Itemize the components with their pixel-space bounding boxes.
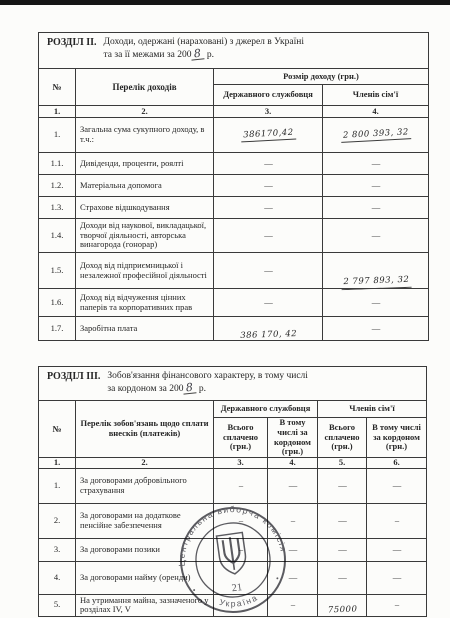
table-row: 1.4. Доходи від наукової, викладацької, … [39,219,429,253]
cell-value: — [268,561,318,594]
section2-label: РОЗДІЛ ІІ. [47,36,97,49]
cell-label: Дивіденди, проценти, роялті [76,153,214,175]
cell-label: Матеріальна допомога [76,175,214,197]
header-servant: Державного службовця [214,85,323,106]
cell-family-value: 2 797 893, 32 [322,251,429,291]
header-abroad: В тому числі за кордоном (грн.) [268,418,318,458]
obligations-table-section3: РОЗДІЛ ІІІ. Зобов'язання фінансового хар… [38,366,427,617]
colnum: 4. [268,458,318,469]
section3-title-line2: за кордоном за 200 [107,384,183,394]
section2-title-text: Доходи, одержані (нараховані) з джерел в… [104,36,304,62]
cell-value: – [367,503,427,538]
header-income-size: Розмір доходу (грн.) [214,69,429,85]
cell-label: Доход від підприємницької і незалежної п… [76,253,214,289]
cell-value: — [268,538,318,561]
cell-servant-value: — [214,219,323,253]
header-obligations-list: Перелік зобов'язань щодо сплати внесків … [76,401,214,458]
cell-label: За договорами добровільного страхування [76,468,214,503]
table-row: 5. На утримання майна, зазначеного у роз… [39,594,427,616]
header-servant: Державного службовця [214,401,318,418]
colnum: 6. [367,458,427,469]
cell-no: 5. [39,594,76,616]
scan-top-edge-bar [0,0,450,5]
cell-no: 1.4. [39,219,76,253]
cell-servant-value: — [214,253,323,289]
cell-label: За договорами на додаткове пенсійне забе… [76,503,214,538]
table-row: 2. За договорами на додаткове пенсійне з… [39,503,427,538]
cell-label: Доход від відчуження цінних паперів та к… [76,289,214,317]
cell-value: — [318,468,367,503]
cell-label: Загальна сума сукупного доходу, в т.ч.: [76,118,214,153]
header-no: № [39,69,76,106]
cell-family-value: — [323,175,429,197]
cell-label: На утримання майна, зазначеного у розділ… [76,594,214,616]
header-no: № [39,401,76,458]
cell-no: 1.5. [39,253,76,289]
cell-value: — [318,538,367,561]
table-row: 1. Загальна сума сукупного доходу, в т.ч… [39,118,429,153]
cell-no: 1.6. [39,289,76,317]
section2-title-line2: та за її межами за 200 [104,50,192,60]
cell-servant-value: — [214,153,323,175]
colnum: 2. [76,458,214,469]
section2-year-suffix: р. [207,50,214,60]
cell-servant-value: — [214,175,323,197]
cell-value: — [268,468,318,503]
table-row: 1.3. Страхове відшкодування — — [39,197,429,219]
cell-no: 1. [39,468,76,503]
cell-family-value: 2 800 393, 32 [322,115,430,155]
table-row: 1.5. Доход від підприємницької і незалеж… [39,253,429,289]
cell-no: 4. [39,561,76,594]
header-income-list: Перелік доходів [76,69,214,106]
cell-no: 1.3. [39,197,76,219]
cell-value [214,594,268,616]
section3-title-cell: РОЗДІЛ ІІІ. Зобов'язання фінансового хар… [39,367,427,401]
cell-family-value: — [323,317,429,341]
colnum: 1. [39,106,76,118]
cell-servant-value: — [214,289,323,317]
cell-family-value: — [323,197,429,219]
handwritten-year: 8 [183,383,197,394]
cell-value: – [268,594,318,616]
cell-no: 1.2. [39,175,76,197]
cell-no: 1.7. [39,317,76,341]
header-total-paid: Всього сплачено (грн.) [318,418,367,458]
cell-value [214,561,268,594]
cell-value: – [367,594,427,616]
section3-year-suffix: р. [199,384,206,394]
table-row: 1.6. Доход від відчуження цінних паперів… [39,289,429,317]
cell-value: — [367,538,427,561]
cell-servant-value: 386 170, 42 [213,315,323,343]
colnum: 2. [76,106,214,118]
cell-value: — [367,561,427,594]
cell-label: Доходи від наукової, викладацької, творч… [76,219,214,253]
cell-no: 1.1. [39,153,76,175]
cell-servant-value: — [214,197,323,219]
section3-title-text: Зобов'язання фінансового характеру, в то… [107,370,308,396]
cell-value: — [367,468,427,503]
cell-label: Заробітна плата [76,317,214,341]
section3-title-line1: Зобов'язання фінансового характеру, в то… [107,371,308,381]
cell-label: За договорами позики [76,538,214,561]
table-row: 3. За договорами позики – — — — [39,538,427,561]
table-row: 4. За договорами найму (оренди) — — — [39,561,427,594]
cell-family-value: — [323,219,429,253]
table-row: 1.7. Заробітна плата 386 170, 42 — [39,317,429,341]
colnum: 5. [318,458,367,469]
header-total-paid: Всього сплачено (грн.) [214,418,268,458]
cell-value: – [214,503,268,538]
cell-family-value: — [323,153,429,175]
table-row: 1. За договорами добровільного страхуван… [39,468,427,503]
colnum: 3. [214,458,268,469]
header-family: Членів сім'ї [318,401,427,418]
cell-servant-value: 386170,42 [213,115,324,156]
section3-label: РОЗДІЛ ІІІ. [47,370,100,383]
cell-label: Страхове відшкодування [76,197,214,219]
handwritten-year: 8 [191,49,205,60]
cell-value: 75000 [317,593,367,617]
cell-no: 1. [39,118,76,153]
cell-value: — [318,503,367,538]
cell-value: — [318,561,367,594]
table-row: 1.2. Матеріальна допомога — — [39,175,429,197]
section2-title-line1: Доходи, одержані (нараховані) з джерел в… [104,37,304,47]
table-row: 1.1. Дивіденди, проценти, роялті — — [39,153,429,175]
cell-label: За договорами найму (оренди) [76,561,214,594]
cell-no: 2. [39,503,76,538]
income-table-section2: РОЗДІЛ ІІ. Доходи, одержані (нараховані)… [38,32,429,341]
cell-value: – [214,468,268,503]
cell-value: – [268,503,318,538]
section2-title-cell: РОЗДІЛ ІІ. Доходи, одержані (нараховані)… [39,33,429,69]
colnum: 1. [39,458,76,469]
cell-family-value: — [323,289,429,317]
cell-no: 3. [39,538,76,561]
header-abroad: В тому числі за кордоном (грн.) [367,418,427,458]
scanned-declaration-page: РОЗДІЛ ІІ. Доходи, одержані (нараховані)… [0,0,450,618]
header-family: Членів сім'ї [323,85,429,106]
cell-value: – [214,538,268,561]
